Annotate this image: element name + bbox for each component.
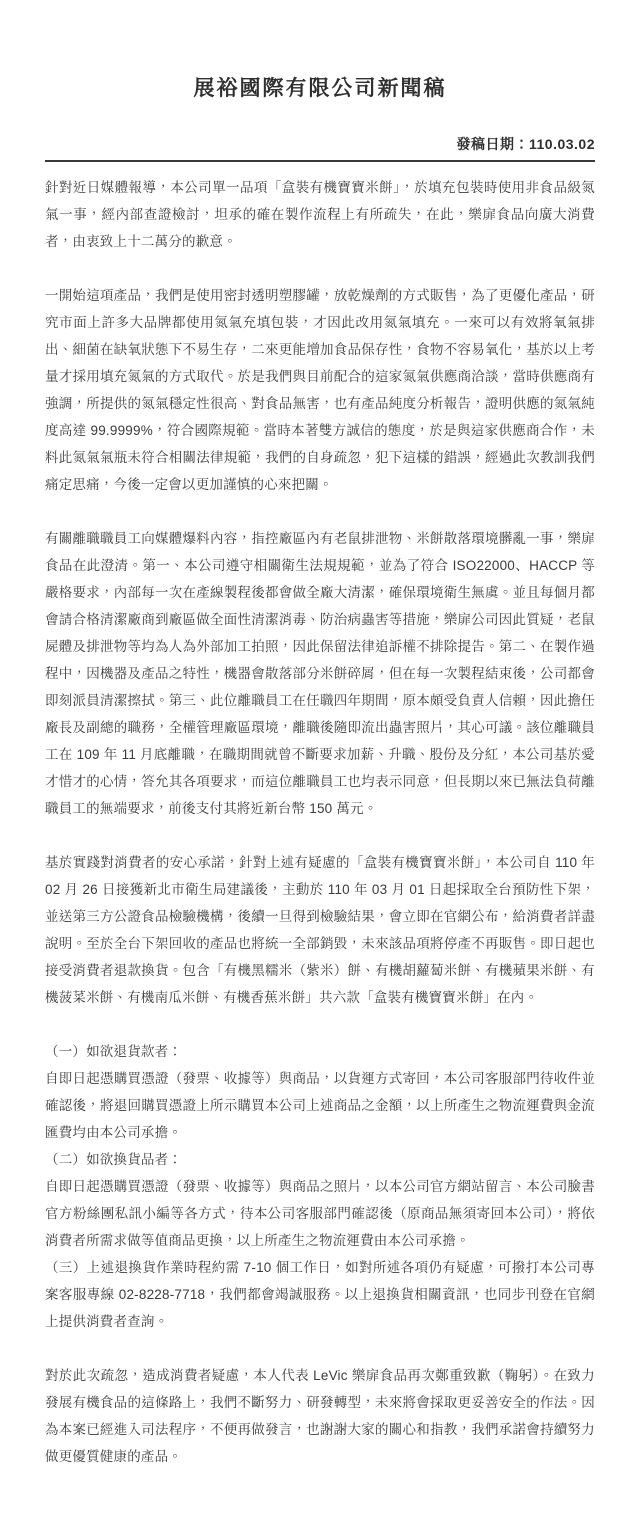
paragraph-apology-intro: 針對近日媒體報導，本公司單一品項「盒裝有機寶寶米餅」，於填充包裝時使用非食品級氮… xyxy=(45,174,595,255)
refund-section-heading: （一）如欲退貨款者： xyxy=(45,1038,595,1065)
paragraph-closing-apology: 對於此次疏忽，造成消費者疑慮，本人代表 LeVic 樂扉食品再次鄭重致歉（鞠躬）… xyxy=(45,1362,595,1470)
processing-time-note: （三）上述退換貨作業時程約需 7-10 個工作日，如對所述各項仍有疑慮，可撥打本… xyxy=(45,1254,595,1335)
page-title: 展裕國際有限公司新聞稿 xyxy=(45,72,595,102)
exchange-section-heading: （二）如欲換貨品者： xyxy=(45,1146,595,1173)
header-divider xyxy=(45,160,595,162)
release-date: 發稿日期：110.03.02 xyxy=(45,134,595,154)
paragraph-ex-employee-clarification: 有關離職職員工向媒體爆料內容，指控廠區內有老鼠排泄物、米餅散落環境髒亂一事，樂扉… xyxy=(45,525,595,822)
document-body: 針對近日媒體報導，本公司單一品項「盒裝有機寶寶米餅」，於填充包裝時使用非食品級氮… xyxy=(45,174,595,1470)
refund-section-text: 自即日起憑購買憑證（發票、收據等）與商品，以貨運方式寄回，本公司客服部門待收件並… xyxy=(45,1065,595,1146)
paragraph-nitrogen-explanation: 一開始這項產品，我們是使用密封透明塑膠罐，放乾燥劑的方式販售，為了更優化產品，研… xyxy=(45,282,595,498)
exchange-section-text: 自即日起憑購買憑證（發票、收據等）與商品之照片，以本公司官方網站留言、本公司臉書… xyxy=(45,1173,595,1254)
refund-exchange-section: （一）如欲退貨款者： 自即日起憑購買憑證（發票、收據等）與商品，以貨運方式寄回，… xyxy=(45,1038,595,1335)
paragraph-recall-announcement: 基於實踐對消費者的安心承諾，針對上述有疑慮的「盒裝有機寶寶米餅」，本公司自 11… xyxy=(45,849,595,1011)
press-release-page: 展裕國際有限公司新聞稿 發稿日期：110.03.02 針對近日媒體報導，本公司單… xyxy=(0,0,640,1525)
